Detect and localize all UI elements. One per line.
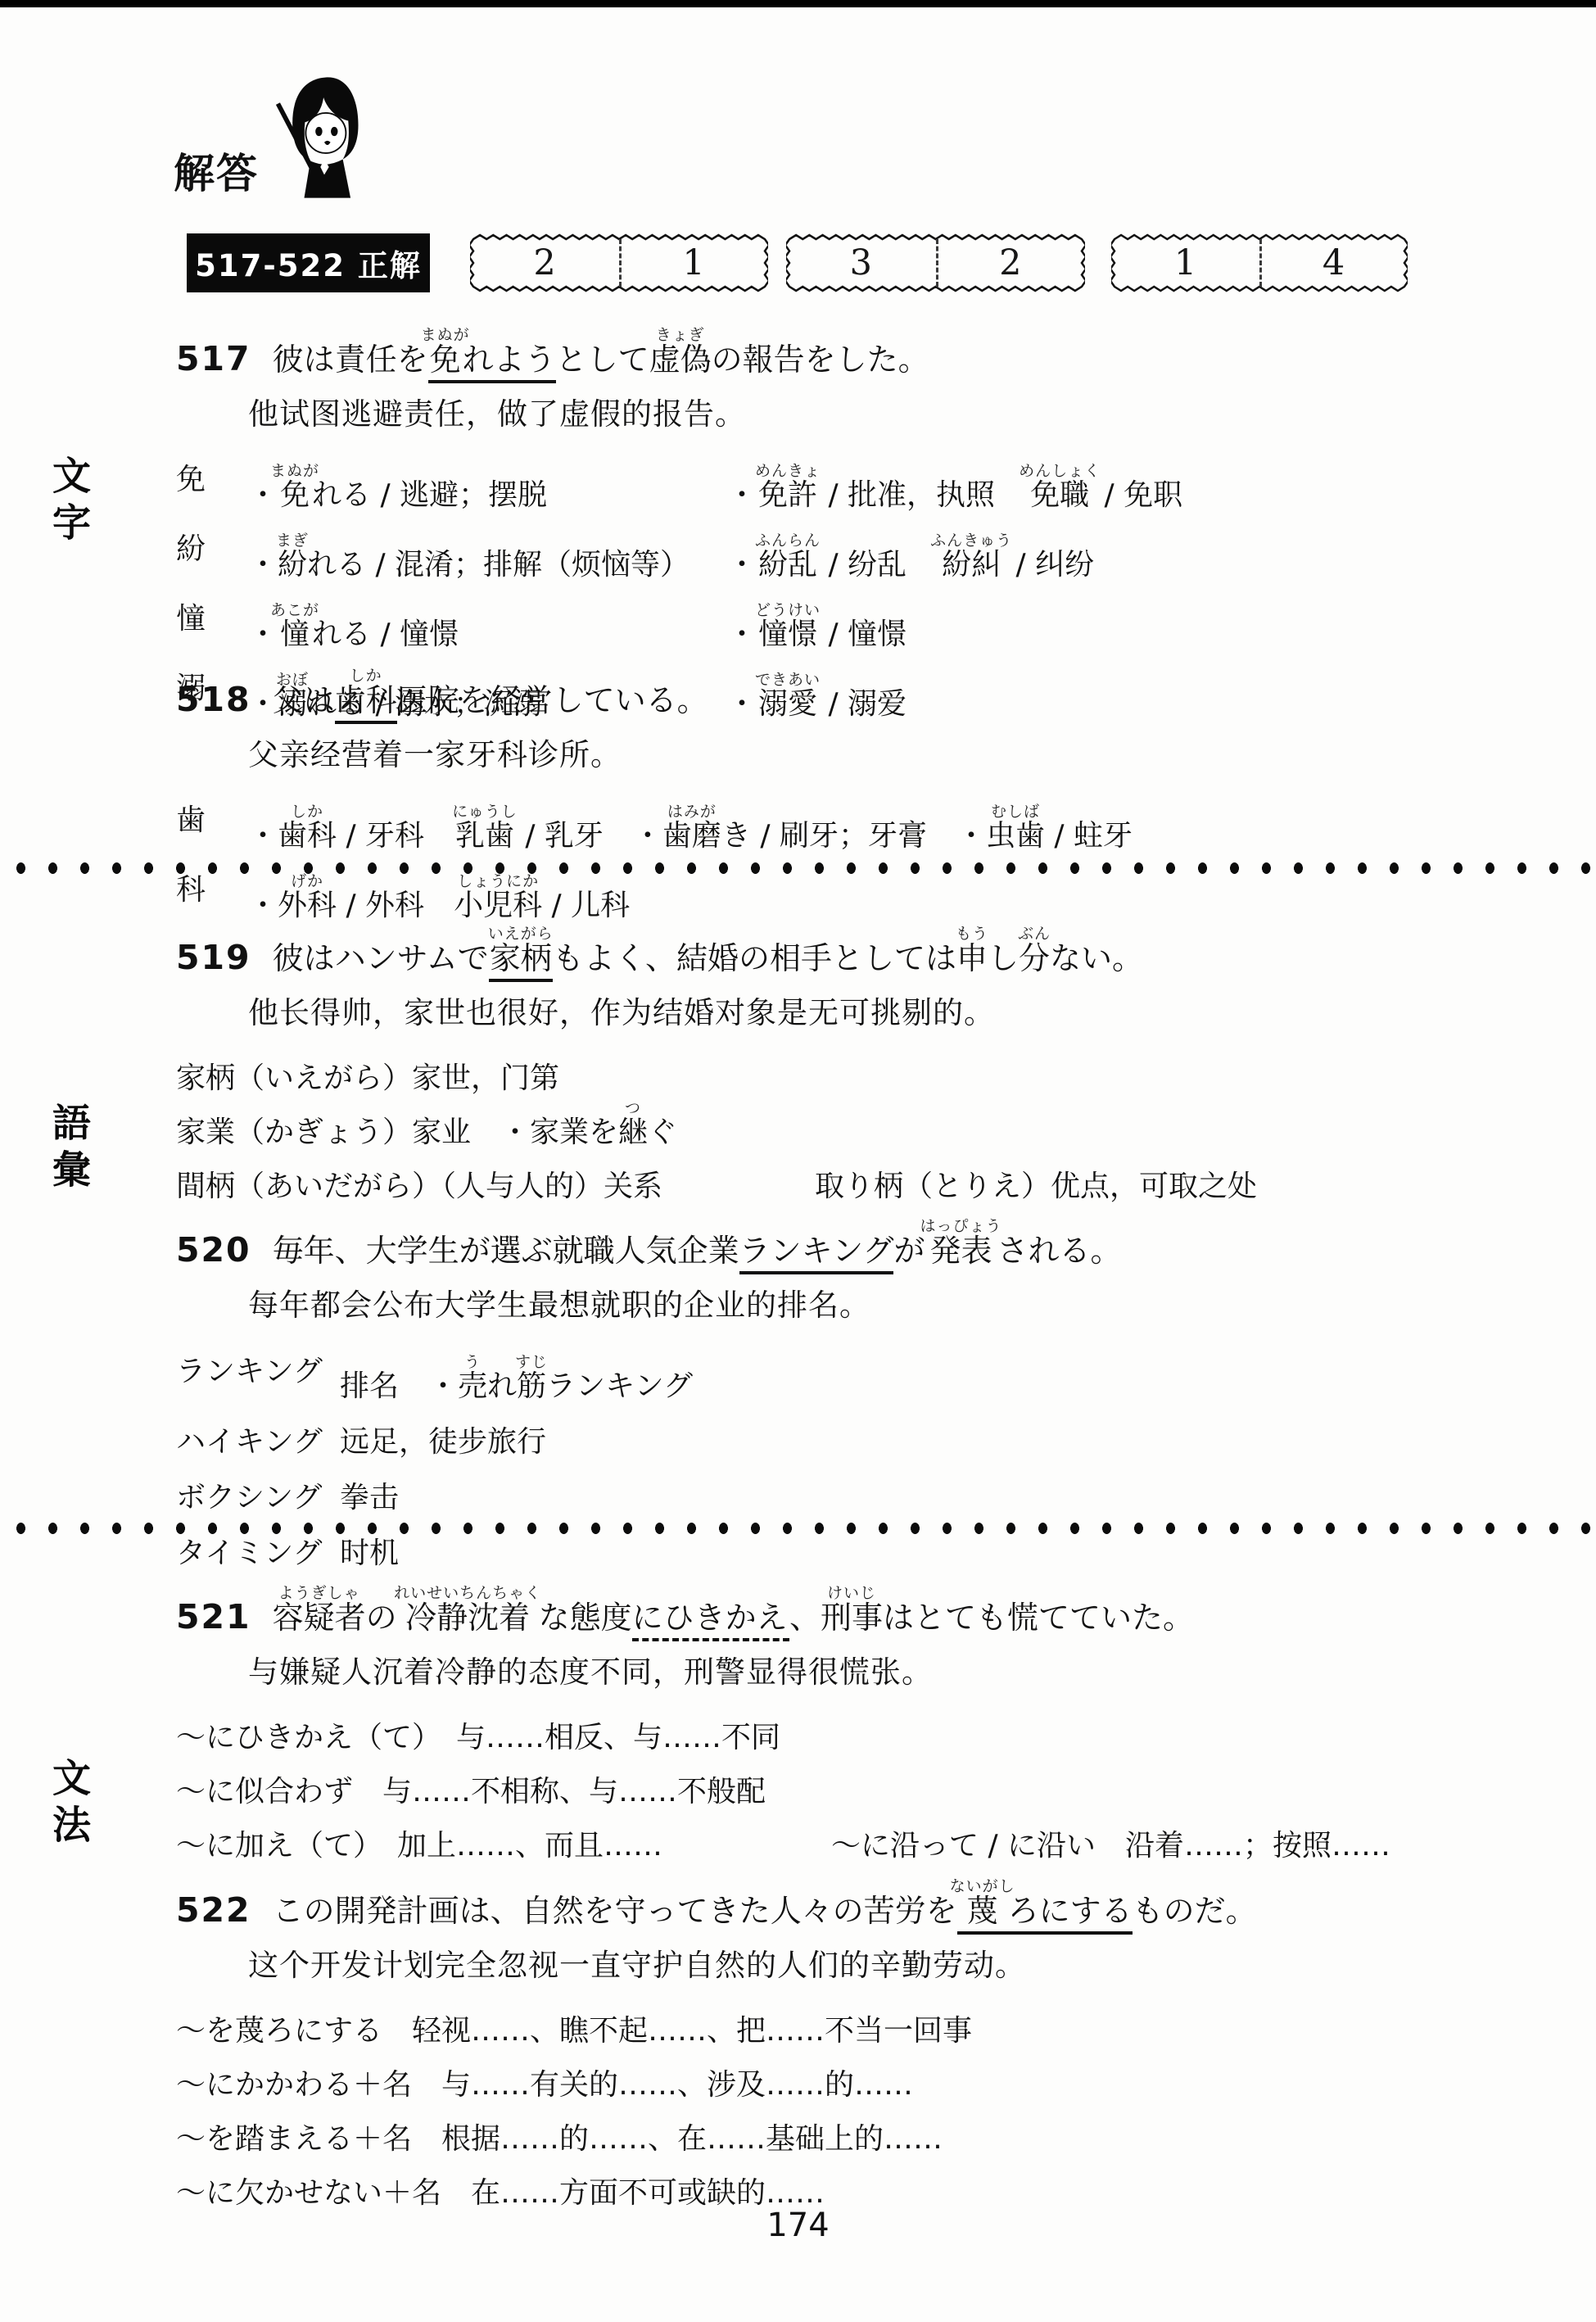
answer-box-divider [619,239,622,287]
grammar-line: 〜に似合わず 与……不相称、与……不般配 [176,1756,1571,1810]
side-label-moji: 文字 [41,455,96,549]
question-sentence-jp: 容疑者ようぎしゃの冷静沈着れいせいちんちゃくな態度にひきかえ、刑事けいじはとても… [273,1584,1194,1634]
grammar-line: 〜を踏まえる＋名 根据……的……、在……基础上的…… [176,2103,1571,2157]
answer-box-1: 2 1 [470,232,768,294]
vocab-row: ランキング 排名 ・売うれ筋すじランキング [176,1335,1571,1405]
answer-box-divider [936,239,938,287]
answer-key-label: 517-522 正解 [187,233,430,292]
question-sentence-jp: 彼はハンサムで家柄いえがらもよく、結婚の相手としては申もうし分ぶんない。 [273,925,1143,975]
question-translation-cn: 与嫌疑人沉着冷静的态度不同，刑警显得很慌张。 [248,1654,1571,1691]
side-label-goi: 語彙 [41,1102,96,1196]
kanji-head: 紛 [176,532,248,583]
answer-box-divider [1259,239,1262,287]
vocab-row: ハイキング 远足，徒步旅行 [176,1405,1571,1461]
answer-518: 1 [619,232,768,294]
question-translation-cn: 他试图逃避责任，做了虚假的报告。 [248,396,1571,432]
vocab-line: 家業（かぎょう）家业 ・家業を継つぐ [176,1097,1571,1151]
kanji-row-fun: 紛 ・紛まぎれる / 混淆；排解（烦恼等） ・紛乱ふんらん / 纷乱 紛糾ふんき… [176,514,1571,583]
question-translation-cn: 这个开发计划完全忽视一直守护自然的人们的辛勤劳动。 [248,1948,1571,1984]
kanji-words: ・歯科しか / 牙科 乳歯にゅうし / 乳牙 ・歯磨はみがき / 刷牙；牙膏 ・… [248,803,1133,854]
grammar-line: 〜にひきかえ（て） 与……相反、与……不同 [176,1702,1571,1756]
grammar-explanations: 〜を蔑ろにする 轻视……、瞧不起……、把……不当一回事 〜にかかわる＋名 与……… [176,1995,1571,2211]
question-number: 522 [176,1890,251,1930]
page-top-edge [0,0,1596,7]
answer-box-3: 1 4 [1111,232,1408,294]
katakana-vocab-list: ランキング 排名 ・売うれ筋すじランキング ハイキング 远足，徒步旅行 ボクシン… [176,1335,1571,1573]
kanji-head: 歯 [176,803,248,854]
kanji-words-right: ・紛乱ふんらん / 纷乱 紛糾ふんきゅう / 纠纷 [727,532,1571,583]
question-translation-cn: 每年都会公布大学生最想就职的企业的排名。 [248,1288,1571,1324]
vocab-line: 家柄（いえがら）家世，门第 [176,1043,1571,1097]
answer-519: 3 [786,232,936,294]
question-number: 519 [176,938,251,977]
question-520: 520 毎年、大学生が選ぶ就職人気企業ランキングが発表はっぴょうされる。 每年都… [176,1196,1571,1573]
vocab-term: ハイキング [176,1424,340,1461]
kanji-row-ha: 歯 ・歯科しか / 牙科 乳歯にゅうし / 乳牙 ・歯磨はみがき / 刷牙；牙膏… [176,785,1571,854]
page-title: 解答 [174,141,259,200]
section-divider-dots [0,1522,1596,1535]
answer-517: 2 [470,232,619,294]
section-divider-dots [0,862,1596,875]
question-number: 517 [176,339,251,378]
question-sentence-jp: 毎年、大学生が選ぶ就職人気企業ランキングが発表はっぴょうされる。 [273,1217,1122,1267]
question-number: 521 [176,1597,251,1636]
question-number: 518 [176,680,251,719]
question-sentence-jp: 父は歯科しか医院を経営している。 [273,667,708,717]
grammar-explanations: 〜にひきかえ（て） 与……相反、与……不同 〜に似合わず 与……不相称、与……不… [176,1702,1571,1864]
grammar-line: 〜にかかわる＋名 与……有关的……、涉及……的…… [176,2049,1571,2103]
teacher-girl-illustration [270,72,378,205]
kanji-row-dou: 憧 ・憧あこがれる / 憧憬 ・憧憬どうけい / 憧憬 [176,583,1571,653]
header: 解答 [174,72,378,205]
vocab-row: ボクシング 拳击 [176,1461,1571,1517]
answer-box-2: 3 2 [786,232,1085,294]
page-number: 174 [0,2207,1596,2244]
question-522: 522 この開発計画は、自然を守ってきた人々の苦労を蔑ないがしろにするものだ。 … [176,1856,1571,2211]
question-translation-cn: 他长得帅，家世也很好，作为结婚对象是无可挑剔的。 [248,995,1571,1031]
question-519: 519 彼はハンサムで家柄いえがらもよく、結婚の相手としては申もうし分ぶんない。… [176,903,1571,1205]
answer-key-row: 517-522 正解 2 1 3 2 1 4 [0,232,1596,296]
textbook-answer-page: 文字 語彙 文法 解答 517-522 正解 2 1 3 [0,0,1596,2322]
vocab-term: ボクシング [176,1479,340,1517]
grammar-line: 〜を蔑ろにする 轻视……、瞧不起……、把……不当一回事 [176,1995,1571,2049]
vocab-def: 排名 ・売うれ筋すじランキング [340,1353,1571,1405]
question-sentence-jp: この開発計画は、自然を守ってきた人々の苦労を蔑ないがしろにするものだ。 [273,1877,1257,1927]
vocab-def: 远足，徒步旅行 [340,1424,1571,1461]
vocab-explanations: 家柄（いえがら）家世，门第 家業（かぎょう）家业 ・家業を継つぐ 間柄（あいだが… [176,1043,1571,1205]
question-number: 520 [176,1230,251,1270]
kanji-words-left: ・紛まぎれる / 混淆；排解（烦恼等） [248,532,727,583]
answer-520: 2 [936,232,1086,294]
kanji-row-men: 免 ・免まぬがれる / 逃避；摆脱 ・免許めんきょ / 批准，执照 免職めんしょ… [176,444,1571,514]
kanji-words-left: ・免まぬがれる / 逃避；摆脱 [248,462,727,514]
grammar-line: 〜に欠かせない＋名 在……方面不可或缺的…… [176,2157,1571,2211]
question-sentence-jp: 彼は責任を免まぬがれようとして虚偽きょぎの報告をした。 [273,326,929,376]
question-translation-cn: 父亲经营着一家牙科诊所。 [248,737,1571,773]
answer-521: 1 [1111,232,1259,294]
kanji-words-right: ・免許めんきょ / 批准，执照 免職めんしょく / 免职 [727,462,1571,514]
side-label-bunpo: 文法 [41,1758,96,1851]
answer-522: 4 [1259,232,1408,294]
question-518: 518 父は歯科しか医院を経営している。 父亲经营着一家牙科诊所。 歯 ・歯科し… [176,645,1571,924]
vocab-term: ランキング [176,1353,340,1405]
question-521: 521 容疑者ようぎしゃの冷静沈着れいせいちんちゃくな態度にひきかえ、刑事けいじ… [176,1563,1571,1864]
kanji-head: 免 [176,462,248,514]
vocab-def: 拳击 [340,1479,1571,1517]
